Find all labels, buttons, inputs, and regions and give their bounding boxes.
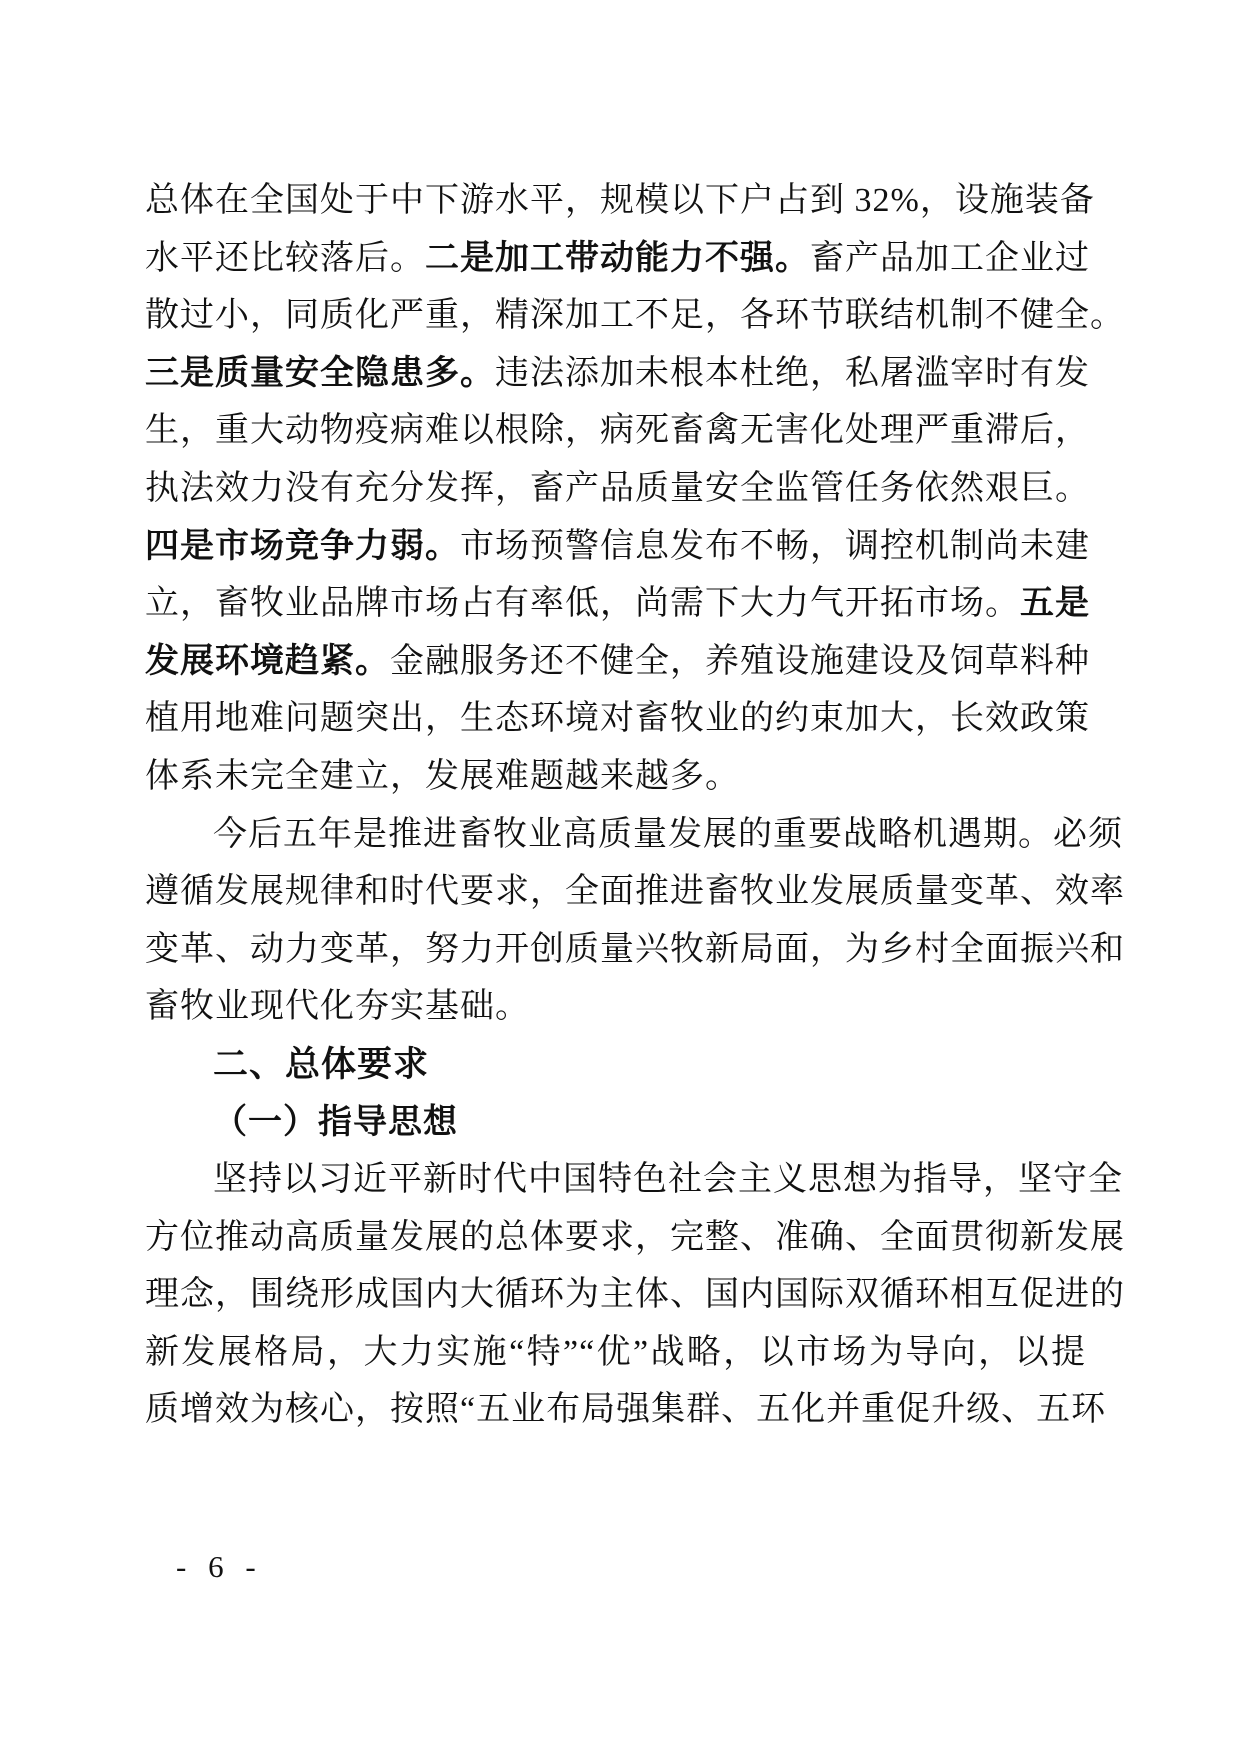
text-segment: 畜牧业现代化夯实基础。 xyxy=(145,988,530,1025)
text-line: 植用地难问题突出，生态环境对畜牧业的约束加大，长效政策 xyxy=(145,690,1086,748)
text-segment: 金融服务还不健全，养殖设施建设及饲草料种 xyxy=(390,643,1090,680)
text-line: 执法效力没有充分发挥，畜产品质量安全监管任务依然艰巨。 xyxy=(145,460,1086,518)
text-segment: 遵循发展规律和时代要求，全面推进畜牧业发展质量变革、效率 xyxy=(145,873,1125,910)
bold-emphasis-segment: 三是质量安全隐患多。 xyxy=(145,354,495,392)
text-segment: 理念，围绕形成国内大循环为主体、国内国际双循环相互促进的 xyxy=(145,1276,1125,1313)
text-segment: （一）指导思想 xyxy=(213,1104,458,1141)
document-page: 总体在全国处于中下游水平，规模以下户占到 32%，设施装备水平还比较落后。二是加… xyxy=(0,0,1240,1754)
bold-emphasis-segment: 二、总体要求 xyxy=(213,1045,429,1084)
text-segment: 违法添加未根本杜绝，私屠滥宰时有发 xyxy=(495,355,1090,392)
text-segment: 质增效为核心，按照“五业布局强集群、五化并重促升级、五环 xyxy=(145,1391,1106,1428)
text-line: 理念，围绕形成国内大循环为主体、国内国际双循环相互促进的 xyxy=(145,1266,1086,1324)
text-line: 坚持以习近平新时代中国特色社会主义思想为指导，坚守全 xyxy=(145,1151,1086,1209)
text-line: 新发展格局，大力实施“特”“优”战略，以市场为导向，以提 xyxy=(145,1324,1086,1382)
text-line: 四是市场竞争力弱。市场预警信息发布不畅，调控机制尚未建 xyxy=(145,518,1086,576)
text-line: 今后五年是推进畜牧业高质量发展的重要战略机遇期。必须 xyxy=(145,806,1086,864)
text-segment: 立，畜牧业品牌市场占有率低，尚需下大力气开拓市场。 xyxy=(145,585,1020,622)
bold-emphasis-segment: 发展环境趋紧。 xyxy=(145,642,390,680)
text-line: 总体在全国处于中下游水平，规模以下户占到 32%，设施装备 xyxy=(145,172,1086,230)
text-segment: 生，重大动物疫病难以根除，病死畜禽无害化处理严重滞后， xyxy=(145,412,1090,449)
text-segment: 坚持以习近平新时代中国特色社会主义思想为指导，坚守全 xyxy=(213,1161,1123,1198)
text-line: 体系未完全建立，发展难题越来越多。 xyxy=(145,748,1086,806)
bold-emphasis-segment: 二是加工带动能力不强。 xyxy=(425,239,810,277)
text-segment: 总体在全国处于中下游水平，规模以下户占到 32%，设施装备 xyxy=(145,182,1095,219)
text-segment: 散过小，同质化严重，精深加工不足，各环节联结机制不健全。 xyxy=(145,297,1125,334)
text-segment: 体系未完全建立，发展难题越来越多。 xyxy=(145,758,740,795)
text-block: 总体在全国处于中下游水平，规模以下户占到 32%，设施装备水平还比较落后。二是加… xyxy=(145,172,1086,1439)
text-line: 散过小，同质化严重，精深加工不足，各环节联结机制不健全。 xyxy=(145,287,1086,345)
text-segment: 新发展格局，大力实施“特”“优”战略，以市场为导向，以提 xyxy=(145,1334,1086,1371)
text-line: 质增效为核心，按照“五业布局强集群、五化并重促升级、五环 xyxy=(145,1381,1086,1439)
bold-emphasis-segment: 五是 xyxy=(1020,584,1090,622)
text-segment: 执法效力没有充分发挥，畜产品质量安全监管任务依然艰巨。 xyxy=(145,470,1090,507)
text-segment: 植用地难问题突出，生态环境对畜牧业的约束加大，长效政策 xyxy=(145,700,1090,737)
text-segment: 畜产品加工企业过 xyxy=(810,240,1090,277)
text-segment: 变革、动力变革，努力开创质量兴牧新局面，为乡村全面振兴和 xyxy=(145,931,1125,968)
text-line: 三是质量安全隐患多。违法添加未根本杜绝，私屠滥宰时有发 xyxy=(145,345,1086,403)
bold-emphasis-segment: 四是市场竞争力弱。 xyxy=(145,527,460,565)
text-segment: 方位推动高质量发展的总体要求，完整、准确、全面贯彻新发展 xyxy=(145,1219,1125,1256)
text-segment: 水平还比较落后。 xyxy=(145,240,425,277)
sub-heading: （一）指导思想 xyxy=(145,1094,1086,1152)
text-line: 发展环境趋紧。金融服务还不健全，养殖设施建设及饲草料种 xyxy=(145,633,1086,691)
text-line: 立，畜牧业品牌市场占有率低，尚需下大力气开拓市场。五是 xyxy=(145,575,1086,633)
section-heading: 二、总体要求 xyxy=(145,1036,1086,1094)
text-segment: 今后五年是推进畜牧业高质量发展的重要战略机遇期。必须 xyxy=(213,816,1123,853)
text-line: 方位推动高质量发展的总体要求，完整、准确、全面贯彻新发展 xyxy=(145,1209,1086,1267)
page-number: - 6 - xyxy=(176,1549,263,1585)
text-line: 水平还比较落后。二是加工带动能力不强。畜产品加工企业过 xyxy=(145,230,1086,288)
text-segment: 市场预警信息发布不畅，调控机制尚未建 xyxy=(460,528,1090,565)
text-line: 畜牧业现代化夯实基础。 xyxy=(145,978,1086,1036)
text-line: 变革、动力变革，努力开创质量兴牧新局面，为乡村全面振兴和 xyxy=(145,921,1086,979)
text-line: 生，重大动物疫病难以根除，病死畜禽无害化处理严重滞后， xyxy=(145,402,1086,460)
text-line: 遵循发展规律和时代要求，全面推进畜牧业发展质量变革、效率 xyxy=(145,863,1086,921)
